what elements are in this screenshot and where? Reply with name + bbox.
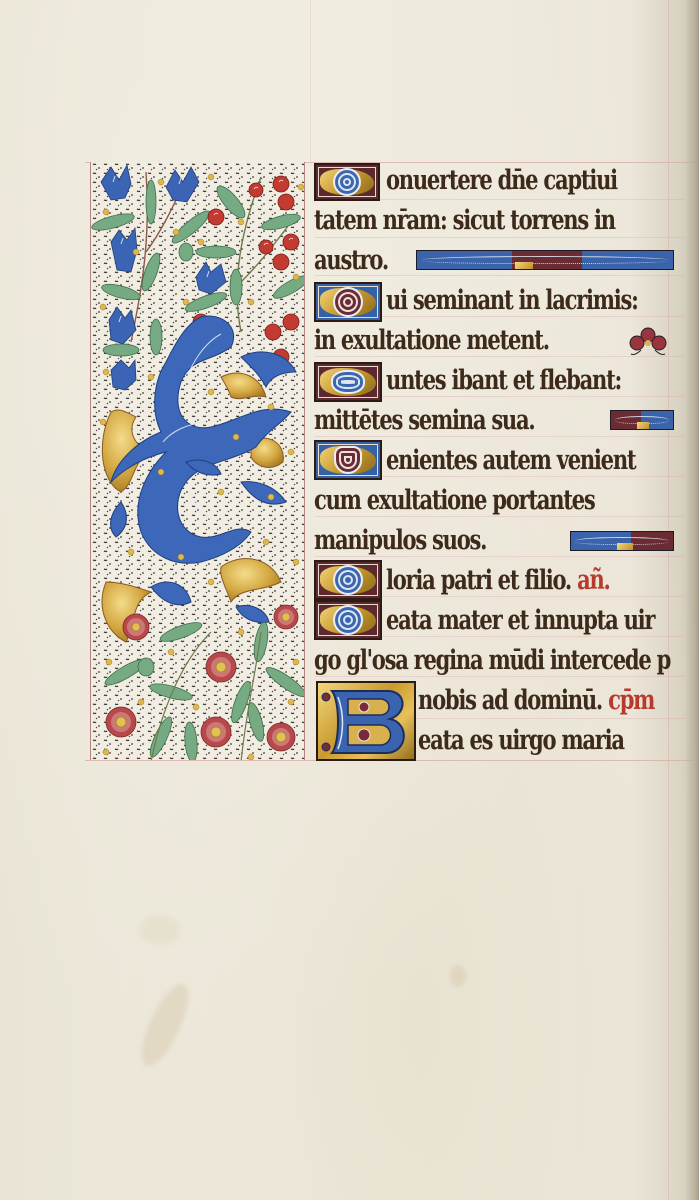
rubric-capitulum: cp̄m [608, 685, 654, 716]
initial-bowl [333, 168, 361, 196]
text-line-5: in exultatione metent. [314, 322, 549, 360]
initial-c [314, 163, 380, 201]
text-line-9: cum exultatione portantes [314, 482, 595, 520]
parchment-stain [140, 915, 180, 945]
text-line-15: eata es uirgo maria [418, 722, 624, 760]
text-line-3: austro. [314, 242, 388, 280]
text-line-6: untes ibant et flebant: [386, 362, 621, 400]
text-line-12: eata mater et innupta uir [386, 602, 654, 640]
text-line-14: nobis ad dominū. cp̄m [418, 682, 654, 720]
initial-q [314, 282, 382, 322]
initial-bowl [333, 565, 363, 595]
text-line-11: loria patri et filio. añ. [386, 562, 610, 600]
line-filler [610, 410, 674, 430]
floral-border-art [91, 162, 305, 760]
parchment-stain [132, 978, 197, 1072]
text-line-8: enientes autem venient [386, 442, 635, 480]
floral-border [90, 162, 305, 760]
initial-bowl [331, 370, 365, 394]
initial-e [314, 362, 382, 402]
parchment-stain [450, 965, 466, 987]
large-initial-b-letter [318, 683, 414, 759]
initial-bowl [333, 287, 363, 317]
text-column: onuertere dn̄e captiui tatem nr̄am: sicu… [314, 160, 694, 760]
flower-line-filler-icon [626, 326, 670, 360]
large-initial-b [316, 681, 416, 761]
text-line-4: ui seminant in lacrimis: [386, 282, 638, 320]
text-line-13: go gl'osa regina mūdi intercede p [314, 642, 670, 680]
initial-bowl [333, 605, 363, 635]
initial-g [314, 560, 382, 600]
manuscript-page: onuertere dn̄e captiui tatem nr̄am: sicu… [0, 0, 699, 1200]
initial-bowl [334, 446, 362, 474]
line-filler [416, 250, 674, 270]
initial-v [314, 440, 382, 480]
line-filler [570, 531, 674, 551]
text-line-7: mittētes semina sua. [314, 402, 534, 440]
page-gutter-shadow [685, 0, 699, 1200]
text-line-10: manipulos suos. [314, 522, 486, 560]
initial-b [314, 600, 382, 640]
rubric-antiphon: añ. [577, 565, 610, 596]
text-line-1: onuertere dn̄e captiui [386, 162, 617, 200]
ruling-line-inner [310, 0, 311, 165]
text-line-2: tatem nr̄am: sicut torrens in [314, 202, 615, 240]
